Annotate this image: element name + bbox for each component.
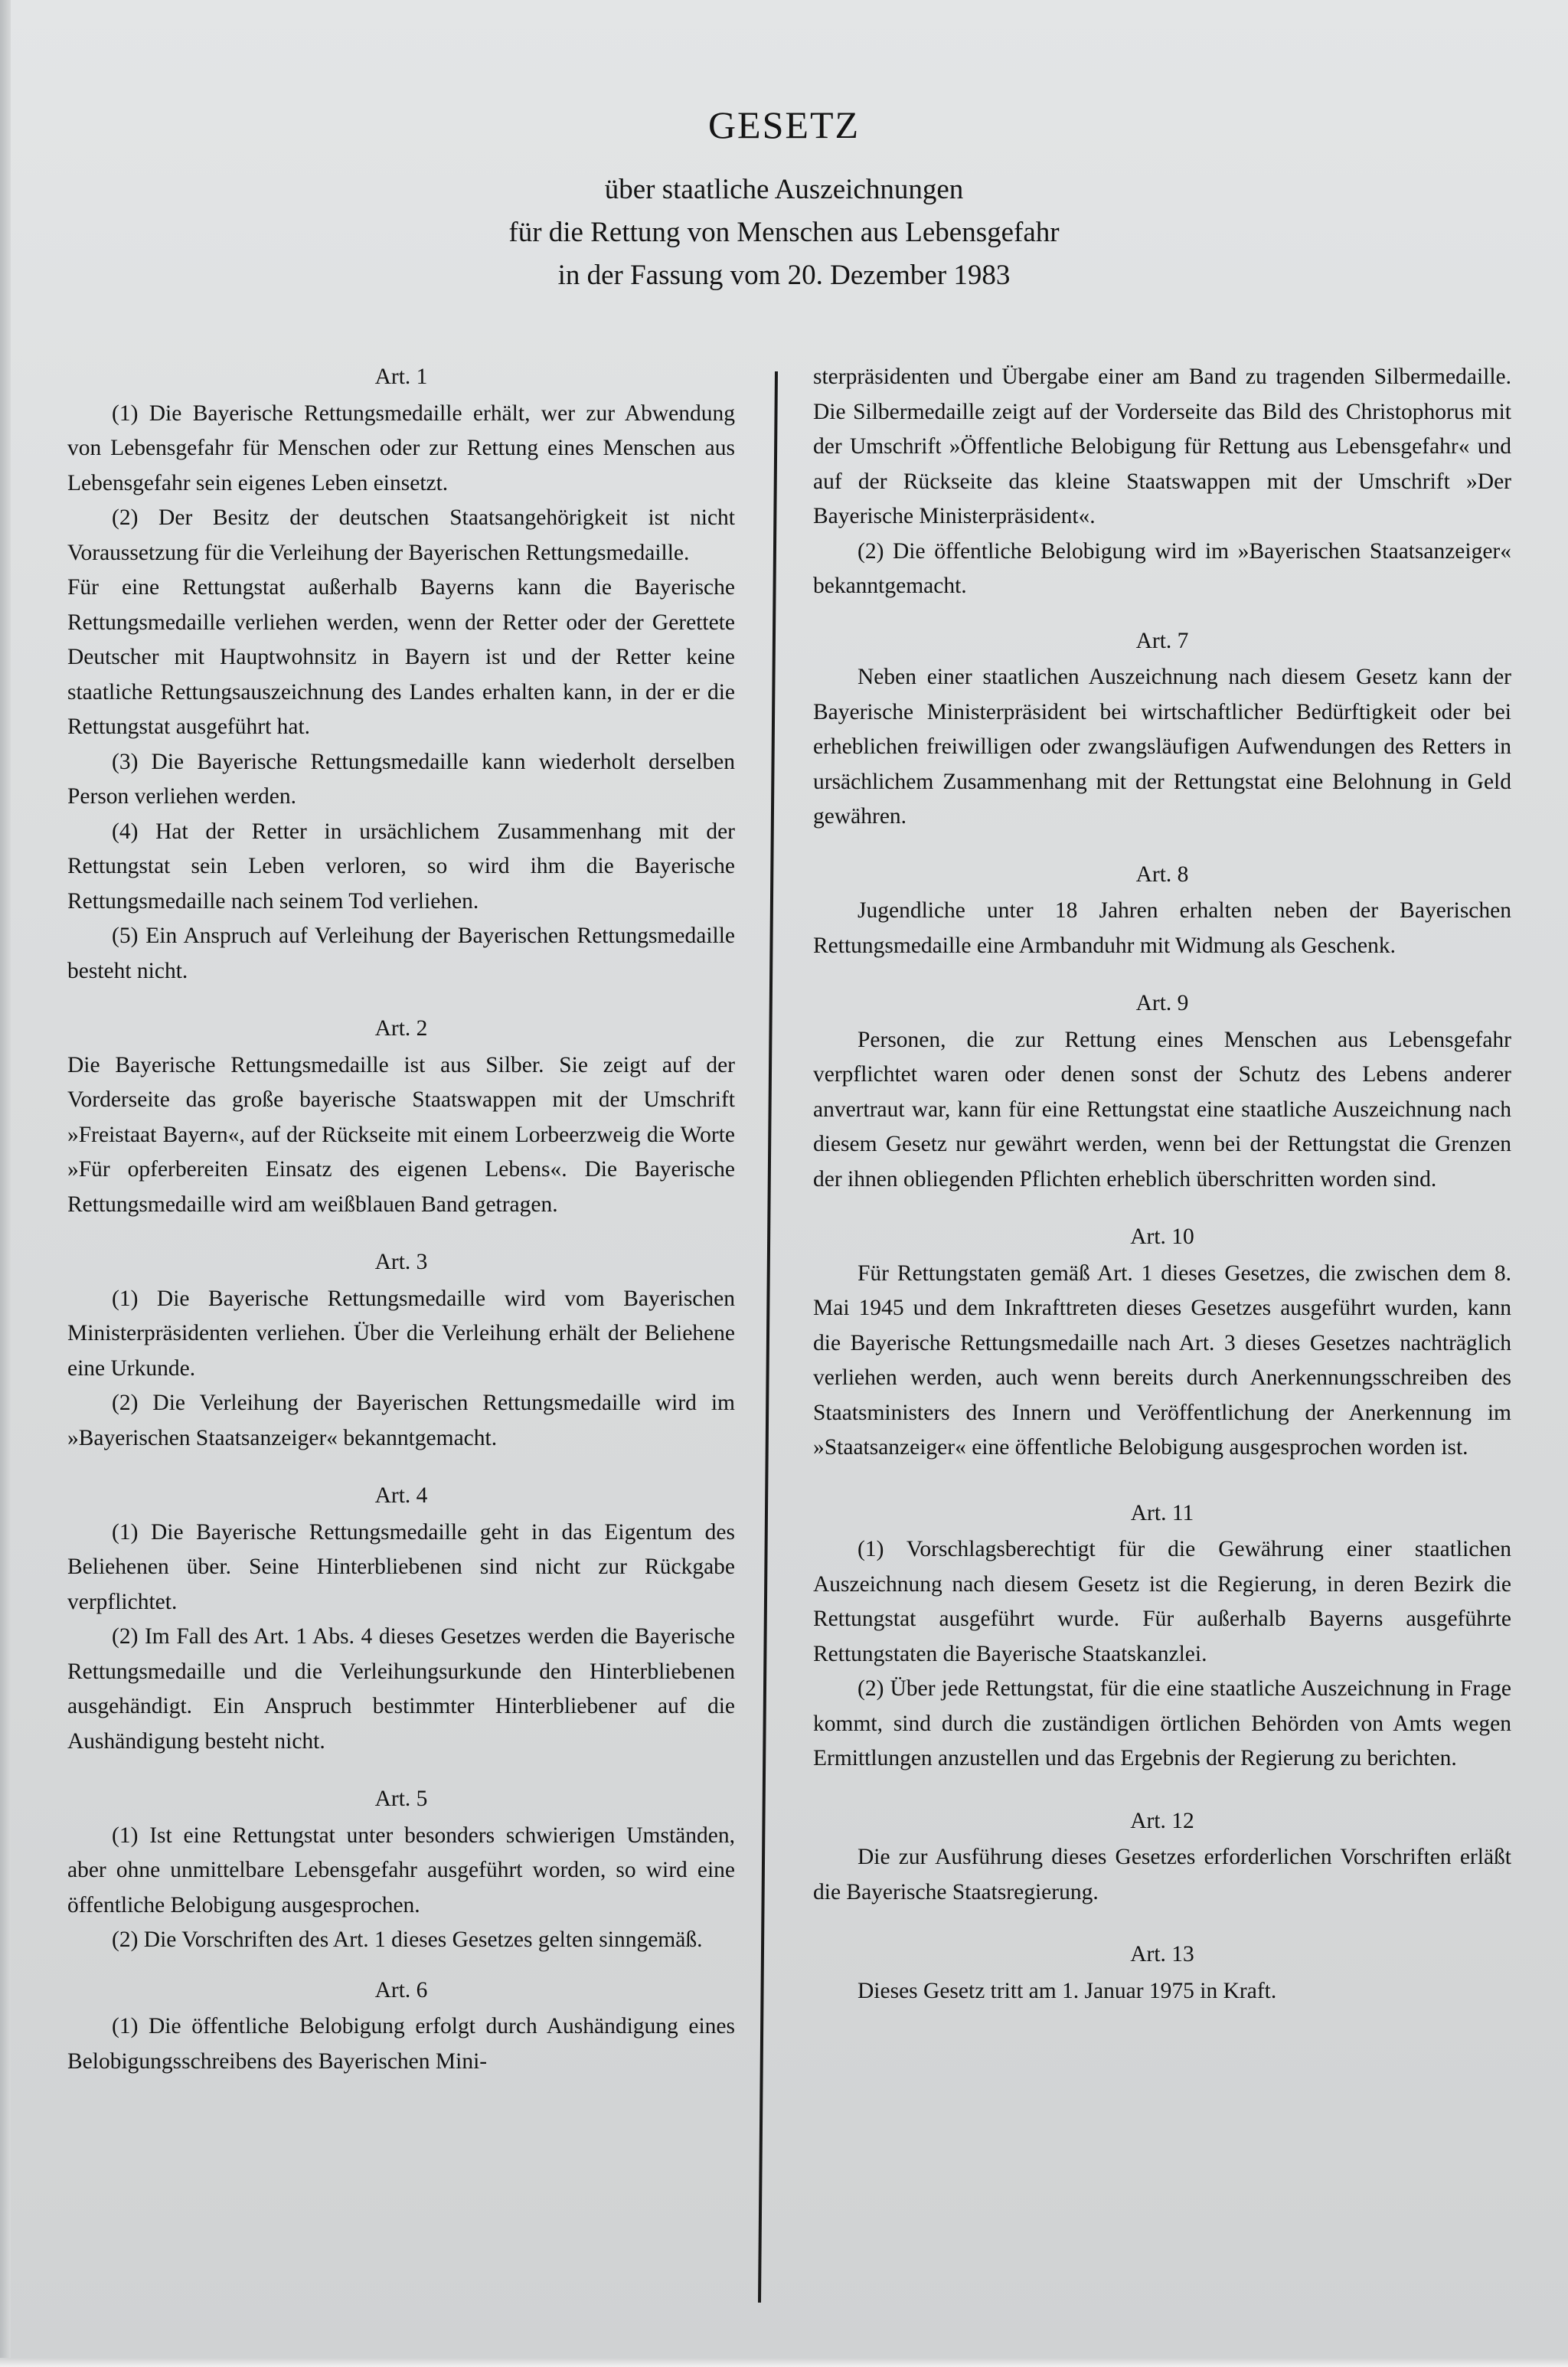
article-heading: Art. 10 — [813, 1220, 1511, 1255]
article-paragraph: (2) Über jede Rettungstat, für die eine … — [813, 1672, 1511, 1777]
subtitle-line: über staatliche Auszeichnungen — [0, 168, 1568, 211]
column-divider — [758, 371, 778, 2303]
article-paragraph: (2) Die Vorschriften des Art. 1 dieses G… — [67, 1923, 735, 1958]
article-2: Art. 2 Die Bayerische Rettungsmedaille i… — [67, 1012, 735, 1222]
article-10: Art. 10 Für Rettungstaten gemäß Art. 1 d… — [813, 1220, 1511, 1466]
article-paragraph: (1) Die öffentliche Belobigung erfolgt d… — [67, 2009, 735, 2079]
article-11: Art. 11 (1) Vorschlagsberechtigt für die… — [813, 1496, 1511, 1777]
article-paragraph: Personen, die zur Rettung eines Menschen… — [813, 1023, 1511, 1198]
article-heading: Art. 3 — [67, 1245, 735, 1280]
article-paragraph: Neben einer staatlichen Auszeichnung nac… — [813, 660, 1511, 835]
article-paragraph: (3) Die Bayerische Rettungsmedaille kann… — [67, 745, 735, 815]
article-paragraph: (1) Die Bayerische Rettungsmedaille geht… — [67, 1515, 735, 1620]
article-4: Art. 4 (1) Die Bayerische Rettungsmedail… — [67, 1479, 735, 1759]
article-paragraph: (2) Die Verleihung der Bayerischen Rettu… — [67, 1386, 735, 1456]
article-paragraph: (1) Die Bayerische Rettungsmedaille erhä… — [67, 397, 735, 502]
article-paragraph: Jugendliche unter 18 Jahren erhalten neb… — [813, 894, 1511, 963]
article-paragraph: (1) Die Bayerische Rettungsmedaille wird… — [67, 1282, 735, 1387]
article-1: Art. 1 (1) Die Bayerische Rettungsmedail… — [67, 360, 735, 989]
article-paragraph: Dieses Gesetz tritt am 1. Januar 1975 in… — [813, 1974, 1511, 2009]
article-paragraph: Die zur Ausführung dieses Gesetzes erfor… — [813, 1840, 1511, 1910]
article-8: Art. 8 Jugendliche unter 18 Jahren erhal… — [813, 858, 1511, 964]
article-heading: Art. 1 — [67, 360, 735, 395]
article-12: Art. 12 Die zur Ausführung dieses Gesetz… — [813, 1804, 1511, 1911]
article-heading: Art. 4 — [67, 1479, 735, 1514]
article-paragraph: sterpräsidenten und Übergabe einer am Ba… — [813, 360, 1511, 535]
article-paragraph: Für eine Rettungstat außerhalb Bayerns k… — [67, 570, 735, 745]
document-page: GESETZ über staatliche Auszeichnungen fü… — [0, 0, 1568, 2367]
article-paragraph: (1) Vorschlagsberechtigt für die Gewähru… — [813, 1532, 1511, 1672]
article-heading: Art. 5 — [67, 1782, 735, 1817]
article-13: Art. 13 Dieses Gesetz tritt am 1. Januar… — [813, 1937, 1511, 2009]
article-9: Art. 9 Personen, die zur Rettung eines M… — [813, 986, 1511, 1197]
article-5: Art. 5 (1) Ist eine Rettungstat unter be… — [67, 1782, 735, 1958]
article-heading: Art. 2 — [67, 1012, 735, 1047]
article-heading: Art. 6 — [67, 1973, 735, 2009]
document-title: GESETZ — [0, 103, 1568, 147]
article-paragraph: (2) Der Besitz der deutschen Staatsangeh… — [67, 501, 735, 570]
article-paragraph: (2) Die öffentliche Belobigung wird im »… — [813, 535, 1511, 604]
left-column: Art. 1 (1) Die Bayerische Rettungsmedail… — [67, 360, 735, 2079]
article-7: Art. 7 Neben einer staatlichen Auszeichn… — [813, 624, 1511, 835]
article-3: Art. 3 (1) Die Bayerische Rettungsmedail… — [67, 1245, 735, 1456]
document-subtitle: über staatliche Auszeichnungen für die R… — [0, 168, 1568, 297]
article-paragraph: (5) Ein Anspruch auf Verleihung der Baye… — [67, 919, 735, 989]
article-paragraph: (2) Im Fall des Art. 1 Abs. 4 dieses Ges… — [67, 1620, 735, 1759]
article-heading: Art. 11 — [813, 1496, 1511, 1532]
article-heading: Art. 7 — [813, 624, 1511, 659]
article-heading: Art. 9 — [813, 986, 1511, 1022]
article-paragraph: Die Bayerische Rettungsmedaille ist aus … — [67, 1048, 735, 1223]
article-heading: Art. 12 — [813, 1804, 1511, 1839]
article-heading: Art. 13 — [813, 1937, 1511, 1973]
subtitle-line: für die Rettung von Menschen aus Lebensg… — [0, 211, 1568, 254]
article-paragraph: (1) Ist eine Rettungstat unter besonders… — [67, 1819, 735, 1924]
article-paragraph: (4) Hat der Retter in ursächlichem Zusam… — [67, 815, 735, 920]
article-heading: Art. 8 — [813, 858, 1511, 893]
article-6: Art. 6 (1) Die öffentliche Belobigung er… — [67, 1973, 735, 2080]
article-paragraph: Für Rettungstaten gemäß Art. 1 dieses Ge… — [813, 1257, 1511, 1466]
article-6-continued: sterpräsidenten und Übergabe einer am Ba… — [813, 360, 1511, 604]
subtitle-line: in der Fassung vom 20. Dezember 1983 — [0, 254, 1568, 297]
right-column: sterpräsidenten und Übergabe einer am Ba… — [813, 360, 1511, 2009]
